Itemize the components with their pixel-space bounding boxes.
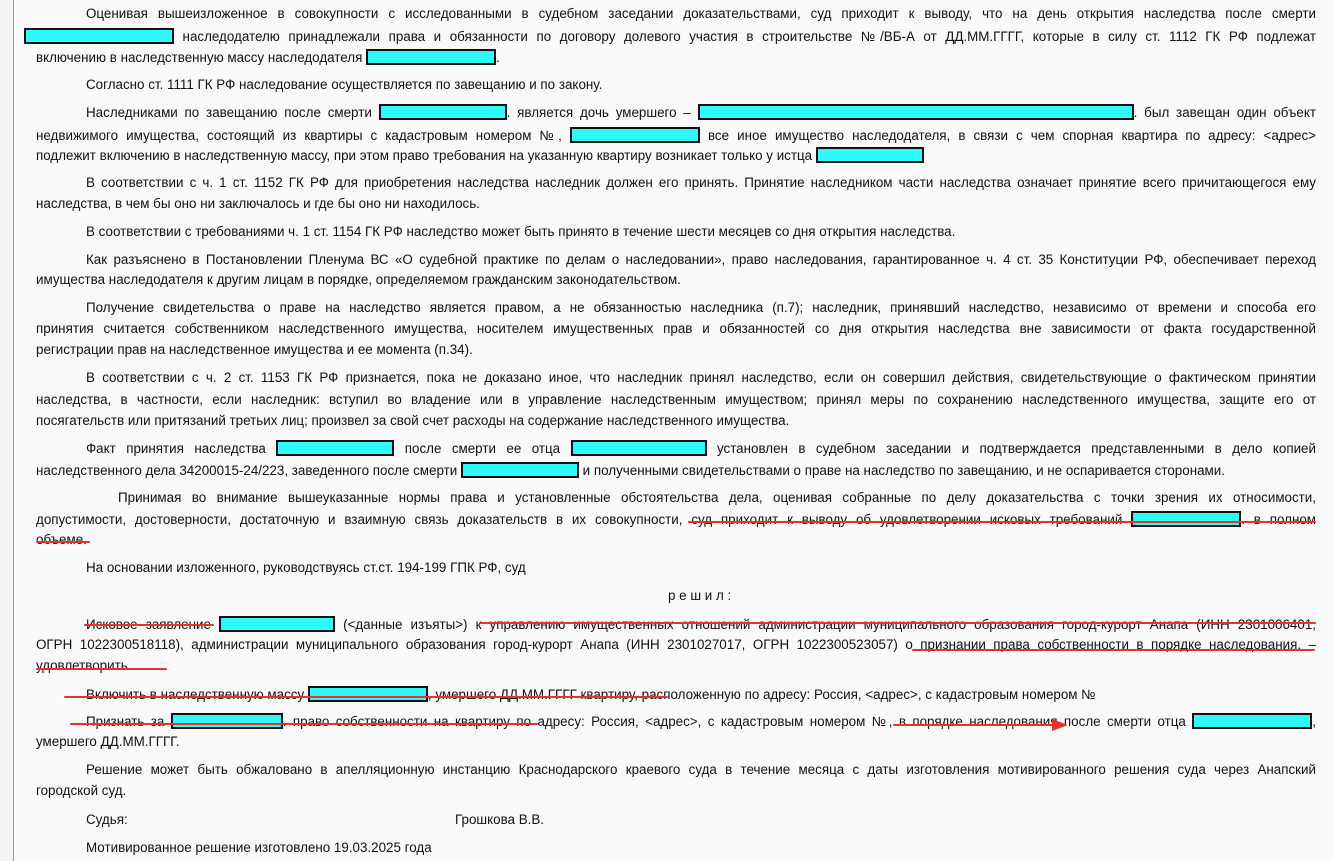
line-text: посягательств или притязаний третьих лиц… — [36, 413, 789, 428]
annotation-underline — [84, 624, 214, 626]
document-line: подлежит включению в наследственную масс… — [36, 147, 924, 163]
redaction-box — [308, 686, 428, 702]
document-line: наследства, в частности, если наследник:… — [36, 392, 1316, 408]
line-text: . является дочь умершего – — [507, 105, 698, 120]
line-text: регистрации прав на наследственное имуще… — [36, 342, 473, 357]
redaction-box — [816, 147, 924, 163]
document-line: принятия считается собственником наследс… — [36, 321, 1316, 337]
document-line: В соответствии с требованиями ч. 1 ст. 1… — [86, 224, 955, 240]
line-text: . в полном — [1241, 512, 1316, 527]
document-line: Наследниками по завещанию после смерти .… — [86, 104, 1316, 120]
annotation-underline — [70, 723, 538, 725]
line-text: имущества наследодателя к другим лицам в… — [36, 272, 681, 287]
line-text: . — [496, 50, 500, 65]
document-line: объеме. — [36, 532, 87, 548]
line-text: и полученными свидетельствами о праве на… — [579, 463, 1225, 478]
line-text: принятия считается собственником наследс… — [36, 321, 1316, 336]
document-line: регистрации прав на наследственное имуще… — [36, 342, 473, 358]
annotation-underline — [64, 696, 668, 698]
document-line: Согласно ст. 1111 ГК РФ наследование осу… — [86, 77, 602, 93]
line-text: наследства, в чем бы оно ни заключалось … — [36, 196, 480, 211]
line-text: Принимая во внимание вышеуказанные нормы… — [118, 490, 1316, 505]
annotation-underline — [912, 649, 1315, 651]
line-text: Решение может быть обжаловано в апелляци… — [86, 762, 1316, 777]
document-line: наследства, в чем бы оно ни заключалось … — [36, 196, 480, 212]
line-text: допустимости, достоверности, достаточную… — [36, 512, 1131, 527]
document-line: Получение свидетельства о праве на насле… — [86, 300, 1316, 316]
document-line: В соответствии с ч. 1 ст. 1152 ГК РФ для… — [86, 175, 1316, 191]
document-line: умершего ДД.ММ.ГГГГ. — [36, 734, 180, 750]
line-text: Признать за — [86, 714, 171, 729]
line-text: В соответствии с требованиями ч. 1 ст. 1… — [86, 224, 955, 239]
document-line: Принимая во внимание вышеуказанные нормы… — [118, 490, 1316, 506]
line-text: после смерти ее отца — [394, 441, 570, 456]
line-text: (<данные изъяты>) к управлению имуществе… — [335, 617, 1316, 632]
document-line: допустимости, достоверности, достаточную… — [36, 511, 1316, 527]
document-line: наследственного дела 34200015-24/223, за… — [36, 462, 1225, 478]
redaction-box — [698, 104, 1134, 120]
redaction-box — [276, 440, 394, 456]
document-line: Признать за . право собственности на ква… — [86, 713, 1316, 729]
document-line: наследодателю принадлежали права и обяза… — [24, 28, 1316, 44]
redaction-box — [461, 462, 579, 478]
line-text: На основании изложенного, руководствуясь… — [86, 560, 526, 575]
line-text: подлежит включению в наследственную масс… — [36, 148, 816, 163]
line-text: все иное имущество наследодателя, в связ… — [700, 128, 1316, 143]
document-line: р е ш и л : — [668, 588, 731, 604]
line-text: , — [1312, 714, 1316, 729]
line-text: Оценивая вышеизложенное в совокупности с… — [86, 6, 1316, 21]
line-text: В соответствии с ч. 2 ст. 1153 ГК РФ при… — [86, 370, 1316, 385]
line-text: недвижимого имущества, состоящий из квар… — [36, 128, 570, 143]
line-text: умершего ДД.ММ.ГГГГ. — [36, 734, 180, 749]
document-line: Как разъяснено в Постановлении Пленума В… — [86, 252, 1316, 268]
document-line: Решение может быть обжаловано в апелляци… — [86, 762, 1316, 778]
line-text: объеме. — [36, 532, 87, 547]
annotation-arrow-icon — [1052, 719, 1068, 731]
line-text: Получение свидетельства о праве на насле… — [86, 300, 1316, 315]
document-line: На основании изложенного, руководствуясь… — [86, 560, 526, 576]
line-text: Наследниками по завещанию после смерти — [86, 105, 379, 120]
left-margin-bar — [0, 0, 14, 861]
line-text: , умершего ДД.ММ.ГГГГ квартиру, располож… — [428, 687, 1096, 702]
document-line: посягательств или притязаний третьих лиц… — [36, 413, 789, 429]
line-text: Грошкова В.В. — [455, 812, 544, 827]
line-text: городской суд. — [36, 783, 126, 798]
line-text: . был завещан один объект — [1134, 105, 1316, 120]
document-line: Грошкова В.В. — [455, 812, 544, 828]
line-text: Как разъяснено в Постановлении Пленума В… — [86, 252, 1316, 267]
document-line: имущества наследодателя к другим лицам в… — [36, 272, 681, 288]
line-text: р е ш и л : — [668, 588, 731, 603]
annotation-underline — [36, 541, 90, 543]
line-text: наследодателю принадлежали права и обяза… — [174, 29, 1316, 44]
document-line: недвижимого имущества, состоящий из квар… — [36, 127, 1316, 143]
redaction-box — [571, 440, 707, 456]
annotation-underline — [688, 521, 1316, 523]
document-line: Включить в наследственную массу , умерше… — [86, 686, 1096, 702]
redaction-box — [171, 713, 283, 729]
line-text: Судья: — [86, 812, 128, 827]
annotation-underline — [893, 724, 1053, 726]
line-text: включению в наследственную массу наследо… — [36, 50, 366, 65]
redaction-box — [24, 28, 174, 44]
document-line: городской суд. — [36, 783, 126, 799]
line-text: наследственного дела 34200015-24/223, за… — [36, 463, 461, 478]
line-text: Факт принятия наследства — [86, 441, 276, 456]
redaction-box — [570, 127, 700, 143]
document-line: Мотивированное решение изготовлено 19.03… — [86, 840, 432, 856]
document-line: Исковое заявление (<данные изъяты>) к уп… — [86, 616, 1316, 632]
line-text: В соответствии с ч. 1 ст. 1152 ГК РФ для… — [86, 175, 1316, 190]
redaction-box — [219, 616, 335, 632]
redaction-box — [1192, 713, 1312, 729]
line-text: установлен в судебном заседании и подтве… — [707, 441, 1316, 456]
redaction-box — [379, 104, 507, 120]
line-text: Включить в наследственную массу — [86, 687, 308, 702]
line-text: наследства, в частности, если наследник:… — [36, 392, 1316, 407]
document-line: включению в наследственную массу наследо… — [36, 49, 500, 65]
line-text: удовлетворить. — [36, 658, 131, 673]
document-line: Факт принятия наследства после смерти ее… — [86, 440, 1316, 456]
line-text: Согласно ст. 1111 ГК РФ наследование осу… — [86, 77, 602, 92]
redaction-box — [366, 49, 496, 65]
annotation-underline — [36, 668, 167, 670]
line-text: Мотивированное решение изготовлено 19.03… — [86, 840, 432, 855]
redaction-box — [1131, 511, 1241, 527]
document-line: Оценивая вышеизложенное в совокупности с… — [86, 6, 1316, 22]
document-line: Судья: — [86, 812, 128, 828]
document-line: В соответствии с ч. 2 ст. 1153 ГК РФ при… — [86, 370, 1316, 386]
annotation-underline — [480, 622, 1316, 624]
document-line: удовлетворить. — [36, 658, 131, 674]
